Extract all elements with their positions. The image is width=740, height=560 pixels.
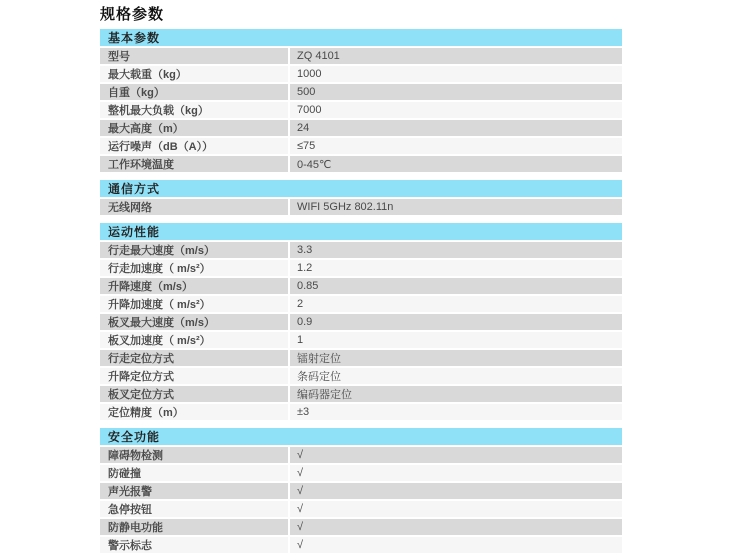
section-header: 运动性能 — [100, 223, 622, 240]
spec-row-value: 镭射定位 — [290, 350, 622, 366]
spec-row-value: 0.85 — [290, 278, 622, 294]
spec-row-value: 24 — [290, 120, 622, 136]
spec-row: 障碍物检测√ — [100, 447, 622, 463]
spec-row-label: 声光报警 — [100, 483, 288, 499]
spec-row-label: 定位精度（m） — [100, 404, 288, 420]
spec-row-value: ±3 — [290, 404, 622, 420]
spec-row-value: 条码定位 — [290, 368, 622, 384]
spec-row-label: 行走最大速度（m/s） — [100, 242, 288, 258]
spec-row-value: 0-45℃ — [290, 156, 622, 172]
spec-row: 行走定位方式镭射定位 — [100, 350, 622, 366]
spec-row-value: √ — [290, 447, 622, 463]
spec-row: 板叉定位方式编码器定位 — [100, 386, 622, 402]
spec-row: 无线网络WIFI 5GHz 802.11n — [100, 199, 622, 215]
spec-row-value: √ — [290, 537, 622, 553]
spec-row-label: 板叉加速度（ m/s²） — [100, 332, 288, 348]
spec-row-label: 升降定位方式 — [100, 368, 288, 384]
spec-section: 通信方式无线网络WIFI 5GHz 802.11n — [100, 180, 622, 215]
spec-row: 运行噪声（dB（A））≤75 — [100, 138, 622, 154]
spec-row-label: 升降速度（m/s） — [100, 278, 288, 294]
spec-row-label: 升降加速度（ m/s²） — [100, 296, 288, 312]
spec-row-label: 型号 — [100, 48, 288, 64]
spec-row: 行走加速度（ m/s²）1.2 — [100, 260, 622, 276]
spec-row: 升降定位方式条码定位 — [100, 368, 622, 384]
spec-row: 防静电功能√ — [100, 519, 622, 535]
spec-row: 工作环境温度0-45℃ — [100, 156, 622, 172]
spec-row-value: ≤75 — [290, 138, 622, 154]
spec-section: 安全功能障碍物检测√防碰撞√声光报警√急停按钮√防静电功能√警示标志√ — [100, 428, 622, 553]
spec-row: 防碰撞√ — [100, 465, 622, 481]
spec-row-value: 7000 — [290, 102, 622, 118]
spec-row: 自重（kg）500 — [100, 84, 622, 100]
spec-row-label: 无线网络 — [100, 199, 288, 215]
spec-row: 急停按钮√ — [100, 501, 622, 517]
spec-row-label: 整机最大负载（kg） — [100, 102, 288, 118]
spec-row-value: 0.9 — [290, 314, 622, 330]
spec-section: 运动性能行走最大速度（m/s）3.3行走加速度（ m/s²）1.2升降速度（m/… — [100, 223, 622, 420]
section-header: 基本参数 — [100, 29, 622, 46]
spec-page: 规格参数 基本参数型号ZQ 4101最大载重（kg）1000自重（kg）500整… — [0, 0, 740, 553]
spec-row-value: √ — [290, 519, 622, 535]
spec-row-label: 最大高度（m） — [100, 120, 288, 136]
spec-row-value: 500 — [290, 84, 622, 100]
spec-row-value: 1 — [290, 332, 622, 348]
spec-row-label: 最大载重（kg） — [100, 66, 288, 82]
spec-row: 声光报警√ — [100, 483, 622, 499]
spec-row-value: 1.2 — [290, 260, 622, 276]
spec-row-label: 行走加速度（ m/s²） — [100, 260, 288, 276]
spec-row-label: 行走定位方式 — [100, 350, 288, 366]
spec-row: 升降加速度（ m/s²）2 — [100, 296, 622, 312]
spec-row-label: 工作环境温度 — [100, 156, 288, 172]
spec-row: 板叉加速度（ m/s²）1 — [100, 332, 622, 348]
spec-row-label: 急停按钮 — [100, 501, 288, 517]
spec-row-label: 自重（kg） — [100, 84, 288, 100]
spec-row-label: 板叉定位方式 — [100, 386, 288, 402]
spec-row: 警示标志√ — [100, 537, 622, 553]
spec-row-label: 障碍物检测 — [100, 447, 288, 463]
spec-row-value: √ — [290, 465, 622, 481]
spec-row-value: WIFI 5GHz 802.11n — [290, 199, 622, 215]
page-title: 规格参数 — [100, 6, 740, 24]
spec-row: 定位精度（m）±3 — [100, 404, 622, 420]
spec-row-value: 3.3 — [290, 242, 622, 258]
spec-row-value: 2 — [290, 296, 622, 312]
spec-row: 最大高度（m）24 — [100, 120, 622, 136]
spec-row: 行走最大速度（m/s）3.3 — [100, 242, 622, 258]
spec-row-label: 防碰撞 — [100, 465, 288, 481]
spec-section: 基本参数型号ZQ 4101最大载重（kg）1000自重（kg）500整机最大负载… — [100, 29, 622, 172]
spec-row-value: 编码器定位 — [290, 386, 622, 402]
spec-row-label: 板叉最大速度（m/s） — [100, 314, 288, 330]
spec-row-label: 防静电功能 — [100, 519, 288, 535]
spec-row-value: ZQ 4101 — [290, 48, 622, 64]
spec-row: 板叉最大速度（m/s）0.9 — [100, 314, 622, 330]
section-header: 通信方式 — [100, 180, 622, 197]
section-header: 安全功能 — [100, 428, 622, 445]
spec-row-value: √ — [290, 501, 622, 517]
spec-table: 基本参数型号ZQ 4101最大载重（kg）1000自重（kg）500整机最大负载… — [100, 29, 622, 553]
spec-row: 整机最大负载（kg）7000 — [100, 102, 622, 118]
spec-row-label: 警示标志 — [100, 537, 288, 553]
spec-row-value: √ — [290, 483, 622, 499]
spec-row: 型号ZQ 4101 — [100, 48, 622, 64]
spec-row: 升降速度（m/s）0.85 — [100, 278, 622, 294]
spec-row-label: 运行噪声（dB（A）） — [100, 138, 288, 154]
spec-row: 最大载重（kg）1000 — [100, 66, 622, 82]
spec-row-value: 1000 — [290, 66, 622, 82]
